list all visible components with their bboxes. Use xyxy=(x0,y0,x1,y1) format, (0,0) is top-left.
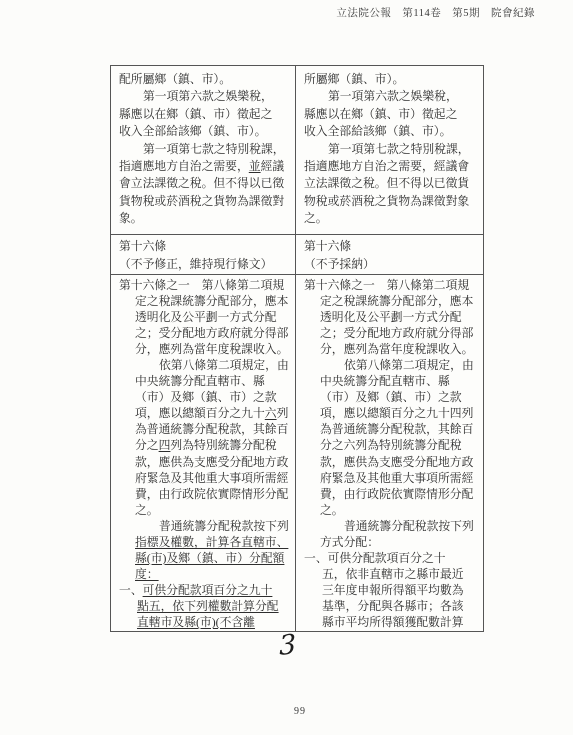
text-line: 方式分配： xyxy=(304,534,480,550)
text-line: 指適應地方自治之需要，並經議 xyxy=(119,158,292,175)
text-line: 一、可供分配款項百分之九十 xyxy=(119,582,292,598)
text-line: 府緊急及其他重大事項所需經 xyxy=(304,470,480,486)
handwritten-page-mark: 3 xyxy=(279,629,297,662)
text-line: 指標及權數，計算各直轄市、 xyxy=(119,534,292,550)
text-line: 項，應以總額百分之九十六列 xyxy=(119,405,292,421)
table-cell-right-article-16: 第十六條（不予採納） xyxy=(296,235,483,274)
table-cell-right-continuation: 所屬鄉（鎮、市）。第一項第六款之娛樂稅，縣應以在鄉（鎮、市）徵起之收入全部給該鄉… xyxy=(296,66,483,234)
table-cell-left-continuation: 配所屬鄉（鎮、市）。第一項第六款之娛樂稅，縣應以在鄉（鎮、市）徵起之收入全部給該… xyxy=(111,66,296,234)
page-number: 99 xyxy=(280,706,320,717)
text-line: 物稅或菸酒稅之貨物為課徵對象 xyxy=(304,193,480,210)
table-row: 配所屬鄉（鎮、市）。第一項第六款之娛樂稅，縣應以在鄉（鎮、市）徵起之收入全部給該… xyxy=(111,66,483,234)
text-line: 收入全部給該鄉（鎮、市）。 xyxy=(304,123,480,140)
text-line: 第十六條 xyxy=(304,237,480,255)
text-line: 之；受分配地方政府就分得部 xyxy=(304,325,480,341)
table-cell-right-article-16-1: 第十六條之一 第八條第二項規定之稅課統籌分配部分，應本透明化及公平劃一方式分配之… xyxy=(296,275,483,631)
text-line: 普通統籌分配稅款按下列 xyxy=(119,518,292,534)
text-line: 為普通統籌分配稅款，其餘百 xyxy=(304,421,480,437)
text-line: 定之稅課統籌分配部分，應本 xyxy=(119,293,292,309)
text-line: 透明化及公平劃一方式分配 xyxy=(304,309,480,325)
text-line: 配所屬鄉（鎮、市）。 xyxy=(119,71,292,88)
text-line: 中央統籌分配直轄市、縣 xyxy=(304,373,480,389)
text-line: 依第八條第二項規定，由 xyxy=(119,357,292,373)
text-line: 項，應以總額百分之九十四列 xyxy=(304,405,480,421)
law-comparison-table: 配所屬鄉（鎮、市）。第一項第六款之娛樂稅，縣應以在鄉（鎮、市）徵起之收入全部給該… xyxy=(110,65,484,632)
text-line: 貨物稅或菸酒稅之貨物為課徵對 xyxy=(119,193,292,210)
text-line: 第一項第六款之娛樂稅， xyxy=(119,88,292,105)
table-row: 第十六條（不予修正，維持現行條文） 第十六條（不予採納） xyxy=(111,234,483,274)
text-line: 基準，分配與各縣市；各該 xyxy=(304,598,480,614)
text-line: 費，由行政院依實際情形分配 xyxy=(119,486,292,502)
text-line: 分之六列為特別統籌分配稅 xyxy=(304,437,480,453)
gazette-header: 立法院公報 第114卷 第5期 院會紀錄 xyxy=(336,5,535,20)
text-line: 第十六條之一 第八條第二項規 xyxy=(304,277,480,293)
text-line: 會立法課徵之稅。但不得以已徵 xyxy=(119,175,292,192)
text-line: （市）及鄉（鎮、市）之款 xyxy=(304,389,480,405)
text-line: 分之四列為特別統籌分配稅 xyxy=(119,437,292,453)
text-line: 定之稅課統籌分配部分，應本 xyxy=(304,293,480,309)
text-line: 費，由行政院依實際情形分配 xyxy=(304,486,480,502)
text-line: 依第八條第二項規定，由 xyxy=(304,357,480,373)
text-line: 直轄市及縣(市)(不含離 xyxy=(119,614,292,630)
text-line: 第一項第六款之娛樂稅， xyxy=(304,88,480,105)
text-line: 一、可供分配款項百分之十 xyxy=(304,550,480,566)
text-line: 之。 xyxy=(304,502,480,518)
text-line: 為普通統籌分配稅款，其餘百 xyxy=(119,421,292,437)
text-line: 收入全部給該鄉（鎮、市）。 xyxy=(119,123,292,140)
text-line: 第一項第七款之特別稅課， xyxy=(304,141,480,158)
text-line: 象。 xyxy=(119,210,292,227)
text-line: 之；受分配地方政府就分得部 xyxy=(119,325,292,341)
text-line: 之。 xyxy=(119,502,292,518)
text-line: 三年度申報所得額平均數為 xyxy=(304,582,480,598)
text-line: （市）及鄉（鎮、市）之款 xyxy=(119,389,292,405)
text-line: 透明化及公平劃一方式分配 xyxy=(119,309,292,325)
text-line: 之。 xyxy=(304,210,480,227)
text-line: 度： xyxy=(119,566,292,582)
text-line: 分，應列為當年度稅課收入。 xyxy=(119,341,292,357)
text-line: 指適應地方自治之需要，經議會 xyxy=(304,158,480,175)
text-line: 普通統籌分配稅款按下列 xyxy=(304,518,480,534)
text-line: 第十六條之一 第八條第二項規 xyxy=(119,277,292,293)
text-line: 款，應供為支應受分配地方政 xyxy=(304,454,480,470)
text-line: 府緊急及其他重大事項所需經 xyxy=(119,470,292,486)
text-line: 款，應供為支應受分配地方政 xyxy=(119,454,292,470)
text-line: （不予修正，維持現行條文） xyxy=(119,255,292,273)
table-cell-left-article-16: 第十六條（不予修正，維持現行條文） xyxy=(111,235,296,274)
text-line: 縣(市)及鄉（鎮、市）分配額 xyxy=(119,550,292,566)
text-line: 立法課徵之稅。但不得以已徵貨 xyxy=(304,175,480,192)
table-row: 第十六條之一 第八條第二項規定之稅課統籌分配部分，應本透明化及公平劃一方式分配之… xyxy=(111,274,483,631)
text-line: 中央統籌分配直轄市、縣 xyxy=(119,373,292,389)
text-line: 縣市平均所得額獲配數計算 xyxy=(304,614,480,630)
text-line: 縣應以在鄉（鎮、市）徵起之 xyxy=(304,106,480,123)
text-line: 第十六條 xyxy=(119,237,292,255)
text-line: 所屬鄉（鎮、市）。 xyxy=(304,71,480,88)
text-line: 分，應列為當年度稅課收入。 xyxy=(304,341,480,357)
text-line: 五，依非直轄市之縣市最近 xyxy=(304,566,480,582)
table-cell-left-article-16-1: 第十六條之一 第八條第二項規定之稅課統籌分配部分，應本透明化及公平劃一方式分配之… xyxy=(111,275,296,631)
text-line: 第一項第七款之特別稅課， xyxy=(119,141,292,158)
text-line: 縣應以在鄉（鎮、市）徵起之 xyxy=(119,106,292,123)
text-line: （不予採納） xyxy=(304,255,480,273)
text-line: 點五，依下列權數計算分配 xyxy=(119,598,292,614)
